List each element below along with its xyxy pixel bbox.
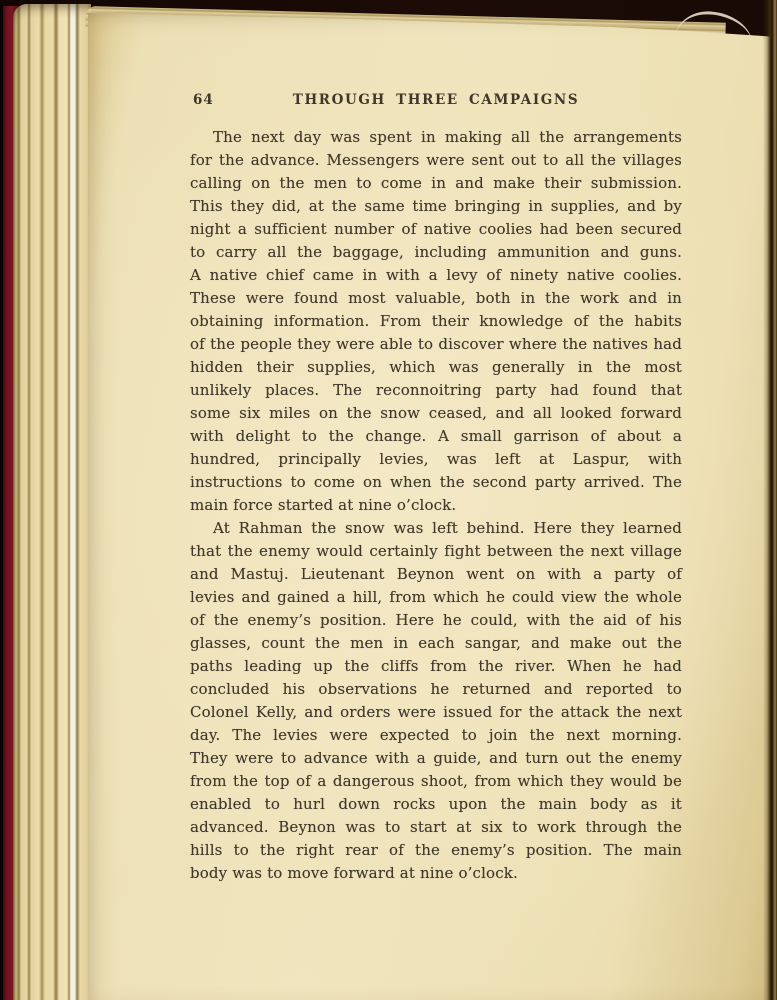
text-line: body was to move forward at nine o’clock… <box>190 862 682 885</box>
text-line: for the advance. Messengers were sent ou… <box>190 149 682 172</box>
text-line: with delight to the change. A small garr… <box>190 425 682 448</box>
text-line: unlikely places. The reconnoitring party… <box>190 379 682 402</box>
text-line: day. The levies were expected to join th… <box>190 724 682 747</box>
text-line: enabled to hurl down rocks upon the main… <box>190 793 682 816</box>
text-line: and Mastuj. Lieutenant Beynon went on wi… <box>190 563 682 586</box>
text-line: advanced. Beynon was to start at six to … <box>190 816 682 839</box>
text-line: levies and gained a hill, from which he … <box>190 586 682 609</box>
text-line: These were found most valuable, both in … <box>190 287 682 310</box>
text-line: from the top of a dangerous shoot, from … <box>190 770 682 793</box>
text-line: A native chief came in with a levy of ni… <box>190 264 682 287</box>
text-line: obtaining information. From their knowle… <box>190 310 682 333</box>
text-line: to carry all the baggage, including ammu… <box>190 241 682 264</box>
running-title: THROUGH THREE CAMPAIGNS <box>190 92 682 108</box>
text-line: of the enemy’s position. Here he could, … <box>190 609 682 632</box>
running-head: 64 THROUGH THREE CAMPAIGNS <box>190 92 682 112</box>
paragraph-1: The next day was spent in making all the… <box>190 126 682 517</box>
page-number: 64 <box>193 92 214 108</box>
text-line: hills to the right rear of the enemy’s p… <box>190 839 682 862</box>
text-line: some six miles on the snow ceased, and a… <box>190 402 682 425</box>
text-line: of the people they were able to discover… <box>190 333 682 356</box>
text-line: They were to advance with a guide, and t… <box>190 747 682 770</box>
text-line: main force started at nine o’clock. <box>190 494 682 517</box>
text-line: This they did, at the same time bringing… <box>190 195 682 218</box>
book-page-scan: 64 THROUGH THREE CAMPAIGNS The next day … <box>0 0 777 1000</box>
text-line: concluded his observations he returned a… <box>190 678 682 701</box>
text-line: that the enemy would certainly fight bet… <box>190 540 682 563</box>
text-line: paths leading up the cliffs from the riv… <box>190 655 682 678</box>
text-line: night a sufficient number of native cool… <box>190 218 682 241</box>
page-right-edge <box>763 0 777 1000</box>
text-line: calling on the men to come in and make t… <box>190 172 682 195</box>
paragraph-2: At Rahman the snow was left behind. Here… <box>190 517 682 885</box>
text-line: hidden their supplies, which was general… <box>190 356 682 379</box>
text-line: Colonel Kelly, and orders were issued fo… <box>190 701 682 724</box>
book-page: 64 THROUGH THREE CAMPAIGNS The next day … <box>88 0 777 1000</box>
body-text: The next day was spent in making all the… <box>190 126 682 885</box>
text-line: At Rahman the snow was left behind. Here… <box>190 517 682 540</box>
text-line: The next day was spent in making all the… <box>190 126 682 149</box>
text-line: hundred, principally levies, was left at… <box>190 448 682 471</box>
page-edges-left <box>13 4 91 1000</box>
text-line: instructions to come on when the second … <box>190 471 682 494</box>
text-line: glasses, count the men in each sangar, a… <box>190 632 682 655</box>
